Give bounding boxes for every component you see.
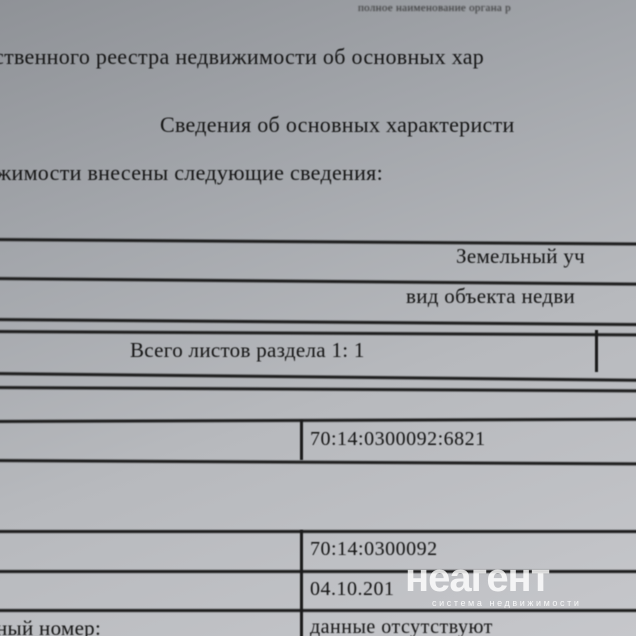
sheets-total: Всего листов раздела 1: 1 — [130, 338, 365, 363]
watermark-logo: неагент — [405, 558, 549, 598]
table-divider — [300, 420, 303, 460]
object-type-value: Земельный уч — [456, 244, 585, 269]
table-rule — [0, 459, 636, 465]
table-divider — [595, 330, 598, 372]
table-divider — [300, 530, 303, 636]
bottom-row-value: данные отсутствуют — [310, 616, 493, 636]
bottom-row-label: ный номер: — [0, 616, 101, 636]
date-assigned: 04.10.201 — [310, 578, 395, 601]
entered-info-line: жимости внесены следующие сведения: — [0, 160, 383, 186]
table-rule — [0, 530, 636, 533]
cadastral-number: 70:14:0300092:6821 — [310, 428, 486, 451]
registry-line: ственного реестра недвижимости об основн… — [0, 44, 484, 70]
watermark-tagline: система недвижимости — [432, 598, 581, 608]
table-rule — [0, 386, 636, 392]
info-section-title: Сведения об основных характеристи — [160, 112, 515, 138]
table-rule — [0, 372, 636, 382]
table-rule — [0, 609, 636, 612]
issuing-authority-caption: полное наименование органа р — [358, 2, 511, 14]
table-rule — [0, 330, 636, 336]
table-rule — [0, 318, 636, 326]
object-type-label: вид объекта недви — [406, 284, 575, 309]
table-rule — [0, 418, 636, 423]
